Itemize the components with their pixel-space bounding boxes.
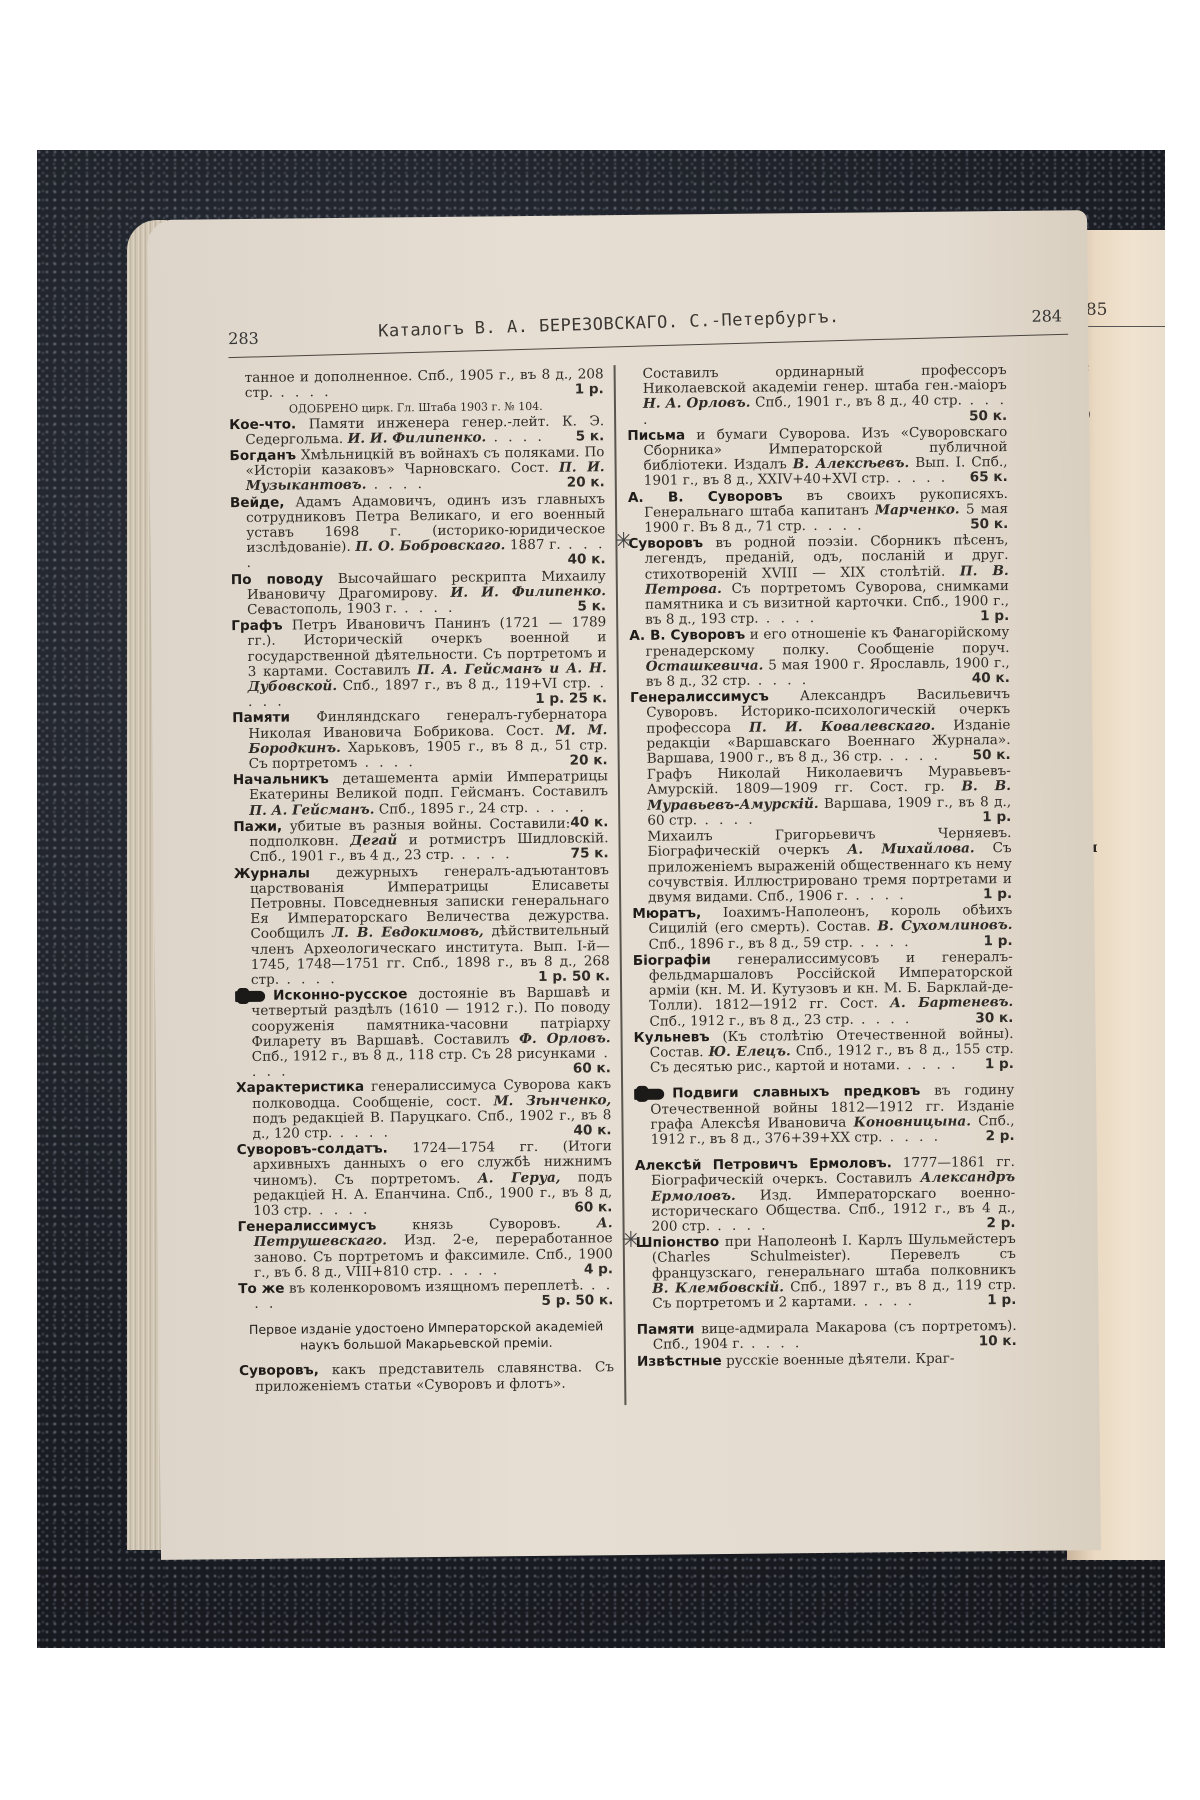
entry-body: Памяти вице-адмирала Макарова (съ портре… [637,1319,1017,1353]
entry-body: Мюратъ, Іоахимъ-Наполеонъ, король обѣихъ… [632,903,1012,953]
entry-body: Графъ Николай Николаевичъ Муравьевъ-Амур… [631,764,1012,829]
entry-author: Дегай [350,833,397,849]
entry-heading: Суворовъ, [239,1363,319,1380]
catalog-entry: Мюратъ, Іоахимъ-Наполеонъ, король обѣихъ… [632,903,1012,953]
pointing-hand-icon [235,991,265,1002]
entry-description: Финляндскаго генералъ-губернатора Никола… [248,707,607,742]
catalog-entry: Исконно-русское достояніе въ Варшавѣ и ч… [235,985,611,1080]
entry-publication: Спб., 1895 г., 24 стр. [379,800,529,818]
entry-body: Вейде, Адамъ Адамовичъ, одинъ изъ главны… [230,492,606,572]
entry-price: 1 р. [575,382,604,398]
catalog-entry: Письма и бумаги Суворова. Изъ «Суворовск… [627,425,1008,490]
entry-body: Составилъ ординарный профессоръ Николаев… [627,363,1008,428]
entry-body: Характеристика генералиссимуса Суворова … [236,1078,612,1143]
entry-body: Начальникъ деташемента арміи Императрицы… [233,769,608,819]
entry-author: В. Сухомлиновъ. [877,917,1012,934]
catalog-entry: Памяти Финляндскаго генералъ-губернатора… [232,708,608,773]
entry-price: 5 к. [576,429,605,445]
catalog-entry: Михаилъ Григорьевичъ Черняевъ. Біографич… [631,826,1012,906]
entry-price: 65 к. [970,470,1008,486]
catalog-entry: Суворовъ, какъ представитель славянства.… [239,1361,614,1395]
entry-price: 5 р. 50 к. [541,1293,613,1309]
entry-heading: Письма [627,427,685,444]
entry-body: Графъ Петръ Ивановичъ Панинъ (1721 — 178… [231,615,607,710]
leader-dots: . . . . [273,384,332,401]
catalog-entry: Графъ Николай Николаевичъ Муравьевъ-Амур… [631,764,1012,829]
entry-body: Алексѣй Петровичъ Ермоловъ. 1777—1861 гг… [635,1155,1016,1235]
entry-author: Н. А. Орловъ. [643,395,751,412]
entry-price: 1 р. [982,810,1011,826]
leader-dots: . . . . [332,1124,391,1141]
leader-dots: . . . . [882,748,941,765]
book-photograph: 285 кс пі В 19 ✳ то Л вт лі ✳ жи ✳ ✳ ✳ ✳… [37,150,1165,1648]
entry-heading: Извѣстные [637,1353,722,1370]
leader-dots: . . . . [744,1336,803,1353]
entry-heading: Суворовъ [628,535,703,552]
catalog-entry: Алексѣй Петровичъ Ермоловъ. 1777—1861 гг… [635,1155,1016,1235]
entry-price: 60 к. [573,1061,611,1077]
leader-dots: . . . . [397,600,456,617]
leader-dots: . . . . [697,812,756,829]
entry-price: 50 к. [973,748,1011,764]
catalog-entry: Графъ Петръ Ивановичъ Панинъ (1721 — 178… [231,615,607,710]
entry-body: По поводу Высочайшаго рескрипта Михаилу … [231,569,606,619]
entry-publication: Спб., 1897 г., въ 8 д., 119+VI стр. [343,675,591,694]
entry-description: русскіе военные дѣятели. Краг- [726,1350,955,1368]
entry-publication: 1887 г. [510,537,561,554]
leader-dots: . . . . [854,1011,913,1028]
catalog-entry: ✳Шпіонство при Наполеонѣ I. Карлъ Шульме… [636,1232,1017,1312]
leader-dots: . . . . [442,1262,501,1279]
entry-body: Суворовъ, какъ представитель славянства.… [239,1361,614,1395]
page-header: 283 Каталогъ В. А. БЕРЕЗОВСКАГО. С.-Пете… [228,310,1058,349]
entry-publication: Спб., 1912 г., въ 8 д., 118 стр. Съ 28 р… [252,1045,596,1065]
entry-description: въ коленкоровомъ изящномъ переплетѣ. [289,1277,584,1296]
entry-price: 2 р. [986,1216,1015,1232]
entry-body: Кульневъ (Къ столѣтію Отечественной войн… [634,1027,1014,1077]
catalog-entry: Пажи, убитые въ разныя войны. Составили:… [233,816,608,866]
leader-dots: . . . . [758,610,817,627]
leader-dots: . . . . [528,799,587,816]
entry-heading: Пажи, [233,819,282,836]
entry-price: 40 к. [972,671,1010,687]
entry-heading: Памяти [637,1322,695,1339]
leader-dots: . . . . [890,470,949,487]
catalog-entry: ✳Суворовъ въ родной поэзіи. Сборникъ пѣс… [628,533,1009,628]
entry-body: ✳Шпіонство при Наполеонѣ I. Карлъ Шульме… [636,1232,1017,1312]
leader-dots: . . . . [806,518,865,535]
page-number-right: 284 [1031,306,1062,325]
catalog-entry: Начальникъ деташемента арміи Императрицы… [233,769,608,819]
entry-price: 5 к. [577,599,606,615]
catalog-entry: Памяти вице-адмирала Макарова (съ портре… [637,1319,1017,1353]
entry-heading: Кульневъ [634,1029,710,1046]
entry-body: Богданъ Хмѣльницкій въ войнахъ съ поляка… [229,445,604,495]
leader-dots: . . . . [882,1129,941,1146]
entry-price: 60 к. [574,1200,612,1216]
leader-dots: . . . . [750,672,809,689]
catalog-entry: То же въ коленкоровомъ изящномъ переплет… [238,1278,613,1312]
entry-price: 1 р. [987,1293,1016,1309]
catalog-entry: Кое-что. Памяти инженера генер.-лейт. К.… [229,414,604,448]
entry-author: И. И. Филипенко. [450,583,606,601]
entry-author: Ю. Елецъ. [709,1043,791,1060]
entry-price: 1 р. [985,1057,1014,1073]
catalog-entry: Журналы дежурныхъ генералъ-адъютантовъ ц… [234,863,610,989]
entry-price: 50 к. [969,409,1007,425]
leader-dots: . . . . [312,1202,371,1219]
leader-dots: . . . . [848,887,907,904]
leader-dots: . . . . [900,1057,959,1074]
entry-price: 75 к. [571,846,609,862]
right-column: Составилъ ординарный профессоръ Николаев… [627,363,1017,1371]
entry-body: танное и дополненное. Спб., 1905 г., въ … [229,367,604,401]
entry-body: Журналы дежурныхъ генералъ-адъютантовъ ц… [234,863,610,989]
entry-heading: Графъ [231,618,282,635]
catalog-entry: Составилъ ординарный профессоръ Николаев… [627,363,1008,428]
entry-heading: Журналы [234,865,310,882]
entry-body: Суворовъ-солдатъ. 1724—1754 гг. (Итоги а… [237,1139,613,1219]
entry-price: 1 р. 50 к. [538,969,610,985]
entry-publication: Севастополь, 1903 г. [247,600,397,618]
entry-body: ✳Суворовъ въ родной поэзіи. Сборникъ пѣс… [628,533,1009,628]
entry-publication: Спб., 1912 г., въ 8 д., 23 стр. [649,1011,853,1029]
entry-publication: Спб., 1896 г., въ 8 д., 59 стр. [649,934,853,952]
leader-dots: . . . . [279,971,338,988]
entry-price: 40 к. [570,815,608,831]
entry-body: Пажи, убитые въ разныя войны. Составили:… [233,816,608,866]
catalog-entry: А. В. Суворовъ и его отношеніе къ Фанаго… [629,625,1010,690]
entry-price: 1 р. [983,933,1012,949]
entry-description: Графъ Николай Николаевичъ Муравьевъ-Амур… [647,763,1011,798]
leader-dots: . . . . [357,754,416,771]
left-column: танное и дополненное. Спб., 1905 г., въ … [229,367,615,1396]
entry-body: Извѣстные русскіе военные дѣятели. Краг- [637,1351,1017,1370]
entry-price: 30 к. [975,1011,1013,1027]
entry-body: Письма и бумаги Суворова. Изъ «Суворовск… [627,425,1008,490]
asterisk-icon: ✳ [614,534,633,549]
entry-body: Біографіи генералиссимусовъ и генералъ-ф… [633,950,1014,1030]
entry-publication: Спб., 1912 г., въ 8 д., 155 стр. Съ деся… [650,1041,1014,1076]
entry-heading: Вейде, [230,494,285,511]
entry-heading: То же [238,1281,284,1297]
catalog-entry: Генералиссимусъ князь Суворовъ. А. Петру… [237,1216,613,1281]
leader-dots: . . . . [856,1293,915,1310]
entry-author: Марченко. [875,501,960,518]
catalog-entry: По поводу Высочайшаго рескрипта Михаилу … [231,569,606,619]
page-number-left: 283 [228,329,259,348]
entry-price: 2 р. [985,1129,1014,1145]
entry-heading: Мюратъ, [632,905,701,922]
asterisk-icon: ✳ [622,1233,641,1248]
entry-description: вице-адмирала Макарова (съ портретомъ). … [653,1318,1017,1353]
entry-heading: Біографіи [633,952,711,969]
leader-dots: . . . . [366,477,425,494]
catalog-entry: танное и дополненное. Спб., 1905 г., въ … [229,367,604,401]
catalog-entry: Кульневъ (Къ столѣтію Отечественной войн… [634,1027,1014,1077]
entry-price: 1 р. 25 к. [535,691,607,707]
entry-heading: Кое-что. [229,416,296,433]
entry-author: И. И. Филипенко. [347,429,486,446]
entry-author: П. А. Гейсманъ. [249,801,374,818]
leader-dots: . . . . [454,847,513,864]
entry-body: Генералиссимусъ князь Суворовъ. А. Петру… [237,1216,613,1281]
catalog-entry: Генералиссимусъ Александръ Васильевичъ С… [630,687,1011,767]
entry-price: 10 к. [979,1334,1017,1350]
entry-price: 1 р. [980,609,1009,625]
entry-heading: Богданъ [229,447,296,464]
leader-dots: . . . . [853,934,912,951]
entry-price: 40 к. [567,553,605,569]
entry-body: Михаилъ Григорьевичъ Черняевъ. Біографич… [631,826,1012,906]
entry-price: 20 к. [567,476,605,492]
catalog-entry: Характеристика генералиссимуса Суворова … [236,1078,612,1143]
running-title: Каталогъ В. А. БЕРЕЗОВСКАГО. С.-Петербур… [378,307,840,341]
catalog-entry: Богданъ Хмѣльницкій въ войнахъ съ поляка… [229,445,604,495]
entry-body: А. В. Суворовъ и его отношеніе къ Фанаго… [629,625,1010,690]
pointing-hand-icon [634,1089,664,1100]
award-note: Первое изданіе удостоено Императорской а… [239,1319,614,1355]
entry-publication: подъ редакціей В. Паруцкаго. Спб., 1902 … [252,1107,611,1142]
catalog-entry: А. В. Суворовъ въ своихъ рукописяхъ. Ген… [628,487,1008,537]
entry-author: А. Бартеневъ. [890,994,1013,1011]
entry-body: А. В. Суворовъ въ своихъ рукописяхъ. Ген… [628,487,1008,537]
entry-price: 50 к. [970,517,1008,533]
leader-dots: . . . . [710,1218,769,1235]
catalog-entry: Біографіи генералиссимусовъ и генералъ-ф… [633,950,1014,1030]
entry-body: Исконно-русское достояніе въ Варшавѣ и ч… [235,985,611,1080]
leader-dots: . . . . [486,429,545,446]
entry-price: 4 р. [584,1262,613,1278]
entry-heading: Памяти [232,710,290,727]
entry-price: 1 р. [983,887,1012,903]
entry-author: П. О. Бобровскаго. [355,538,505,556]
catalog-entry: Подвиги славныхъ предковъ въ годину Отеч… [634,1083,1015,1148]
entry-description: Хмѣльницкій въ войнахъ съ поляками. По «… [246,444,605,479]
entry-description: Составилъ ординарный профессоръ Николаев… [643,362,1007,397]
catalog-page: 283 Каталогъ В. А. БЕРЕЗОВСКАГО. С.-Пете… [147,210,1101,1560]
entry-body: Кое-что. Памяти инженера генер.-лейт. К.… [229,414,604,448]
catalog-entry: Извѣстные русскіе военные дѣятели. Краг- [637,1351,1017,1370]
entry-body: Подвиги славныхъ предковъ въ годину Отеч… [634,1083,1015,1148]
entry-publication: Спб., 1901 г., въ 8 д., 40 стр. [755,393,962,411]
entry-body: Генералиссимусъ Александръ Васильевичъ С… [630,687,1011,767]
entry-body: Памяти Финляндскаго генералъ-губернатора… [232,708,608,773]
entry-author: Коновницына. [853,1113,971,1130]
catalog-entry: Вейде, Адамъ Адамовичъ, одинъ изъ главны… [230,492,606,572]
entry-price: 20 к. [570,753,608,769]
entry-price: 40 к. [573,1123,611,1139]
entry-body: То же въ коленкоровомъ изящномъ переплет… [238,1278,613,1312]
catalog-entry: Суворовъ-солдатъ. 1724—1754 гг. (Итоги а… [237,1139,613,1219]
